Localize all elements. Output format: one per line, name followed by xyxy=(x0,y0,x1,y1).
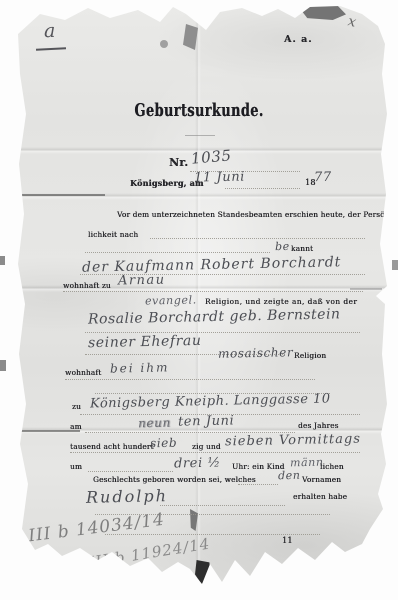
residence2-label: wohnhaft xyxy=(65,368,101,377)
birthdate-month: ten Juni xyxy=(178,413,235,429)
birthplace-value: Königsberg Kneiph. Langgasse 10 xyxy=(90,391,331,411)
closing-hw: den xyxy=(278,469,301,482)
doc-title: Geburtsurkunde. xyxy=(63,100,335,121)
sheet-number: 11 xyxy=(282,536,293,545)
residence-value: Arnau xyxy=(118,273,166,289)
birthdate-day: neun xyxy=(138,416,171,431)
time-value: drei ½ xyxy=(174,456,221,472)
intro-line-2: lichkeit nach xyxy=(88,230,138,239)
title-rule xyxy=(185,135,215,136)
scan-edge-mark xyxy=(392,260,398,270)
birthdate-year-label: des Jahres xyxy=(298,421,339,430)
known-printed: kannt xyxy=(291,244,313,253)
dateline-year-written: 77 xyxy=(314,170,332,185)
fold-shadow xyxy=(10,194,105,196)
form-line xyxy=(85,331,360,333)
child-name: Rudolph xyxy=(86,486,168,507)
nr-label: Nr. xyxy=(169,156,188,169)
form-code: A. a. xyxy=(284,34,312,45)
residence-label: wohnhaft zu xyxy=(63,281,111,290)
pencil-note-2: III b 11924/14 xyxy=(87,535,211,572)
corner-letter: a xyxy=(44,20,56,42)
scan-edge-mark xyxy=(0,256,5,265)
torn-patch xyxy=(195,560,211,584)
closing-printed-2: Vornamen xyxy=(302,475,341,484)
form-line xyxy=(225,187,300,189)
known-handwritten: be xyxy=(275,240,290,253)
intro-line-1: Vor dem unterzeichneten Standesbeamten e… xyxy=(117,210,392,219)
time-printed: Uhr: ein Kind xyxy=(232,462,285,471)
dateline-day: 11 Juni xyxy=(194,169,245,185)
form-line xyxy=(88,470,173,472)
form-line xyxy=(65,378,315,380)
year-words-printed-1: tausend acht hundert xyxy=(70,442,154,451)
document-paper: a A. a. x Geburtsurkunde. Nr. 1035 König… xyxy=(10,4,388,586)
year-words-printed-2: zig und xyxy=(192,442,221,451)
father-religion-value: evangel. xyxy=(145,293,197,307)
torn-patch xyxy=(302,4,346,20)
gender-printed: lichen xyxy=(320,462,344,471)
mother-religion-printed: Religion xyxy=(294,351,326,360)
pencil-x-mark: x xyxy=(346,13,357,30)
form-line xyxy=(85,251,270,253)
form-line xyxy=(150,237,365,239)
mother-name: Rosalie Borchardt geb. Bernstein xyxy=(88,306,341,327)
birthplace-label: zu xyxy=(72,402,81,411)
form-line xyxy=(105,533,320,535)
nr-value: 1035 xyxy=(190,146,232,167)
torn-patch xyxy=(160,40,168,48)
birthdate-label: am xyxy=(70,422,82,431)
scan-edge-mark xyxy=(0,360,6,371)
form-line xyxy=(238,483,278,485)
mother-relation: seiner Ehefrau xyxy=(88,333,202,351)
year-words-hw-2: sieben Vormittags xyxy=(225,432,361,450)
closing-printed-1: Geschlechts geboren worden sei, welches xyxy=(93,475,256,484)
scan-background: a A. a. x Geburtsurkunde. Nr. 1035 König… xyxy=(0,0,398,600)
gender-hw: männ xyxy=(290,456,324,470)
pencil-note-1: III b 14034/14 xyxy=(27,510,166,547)
form-line xyxy=(63,290,363,292)
form-line xyxy=(70,451,360,453)
father-religion-printed: Religion, und zeigte an, daß von der xyxy=(205,297,357,306)
mother-religion-value: mosaischer xyxy=(218,345,293,361)
year-words-hw-1: sieb xyxy=(150,436,177,451)
time-label: um xyxy=(70,462,82,471)
residence2-value: bei ihm xyxy=(110,360,170,375)
form-line xyxy=(160,504,285,506)
corner-letter-underline xyxy=(36,47,66,51)
dateline-printed: Königsberg, am xyxy=(130,178,204,188)
closing-printed-3: erhalten habe xyxy=(293,492,347,501)
